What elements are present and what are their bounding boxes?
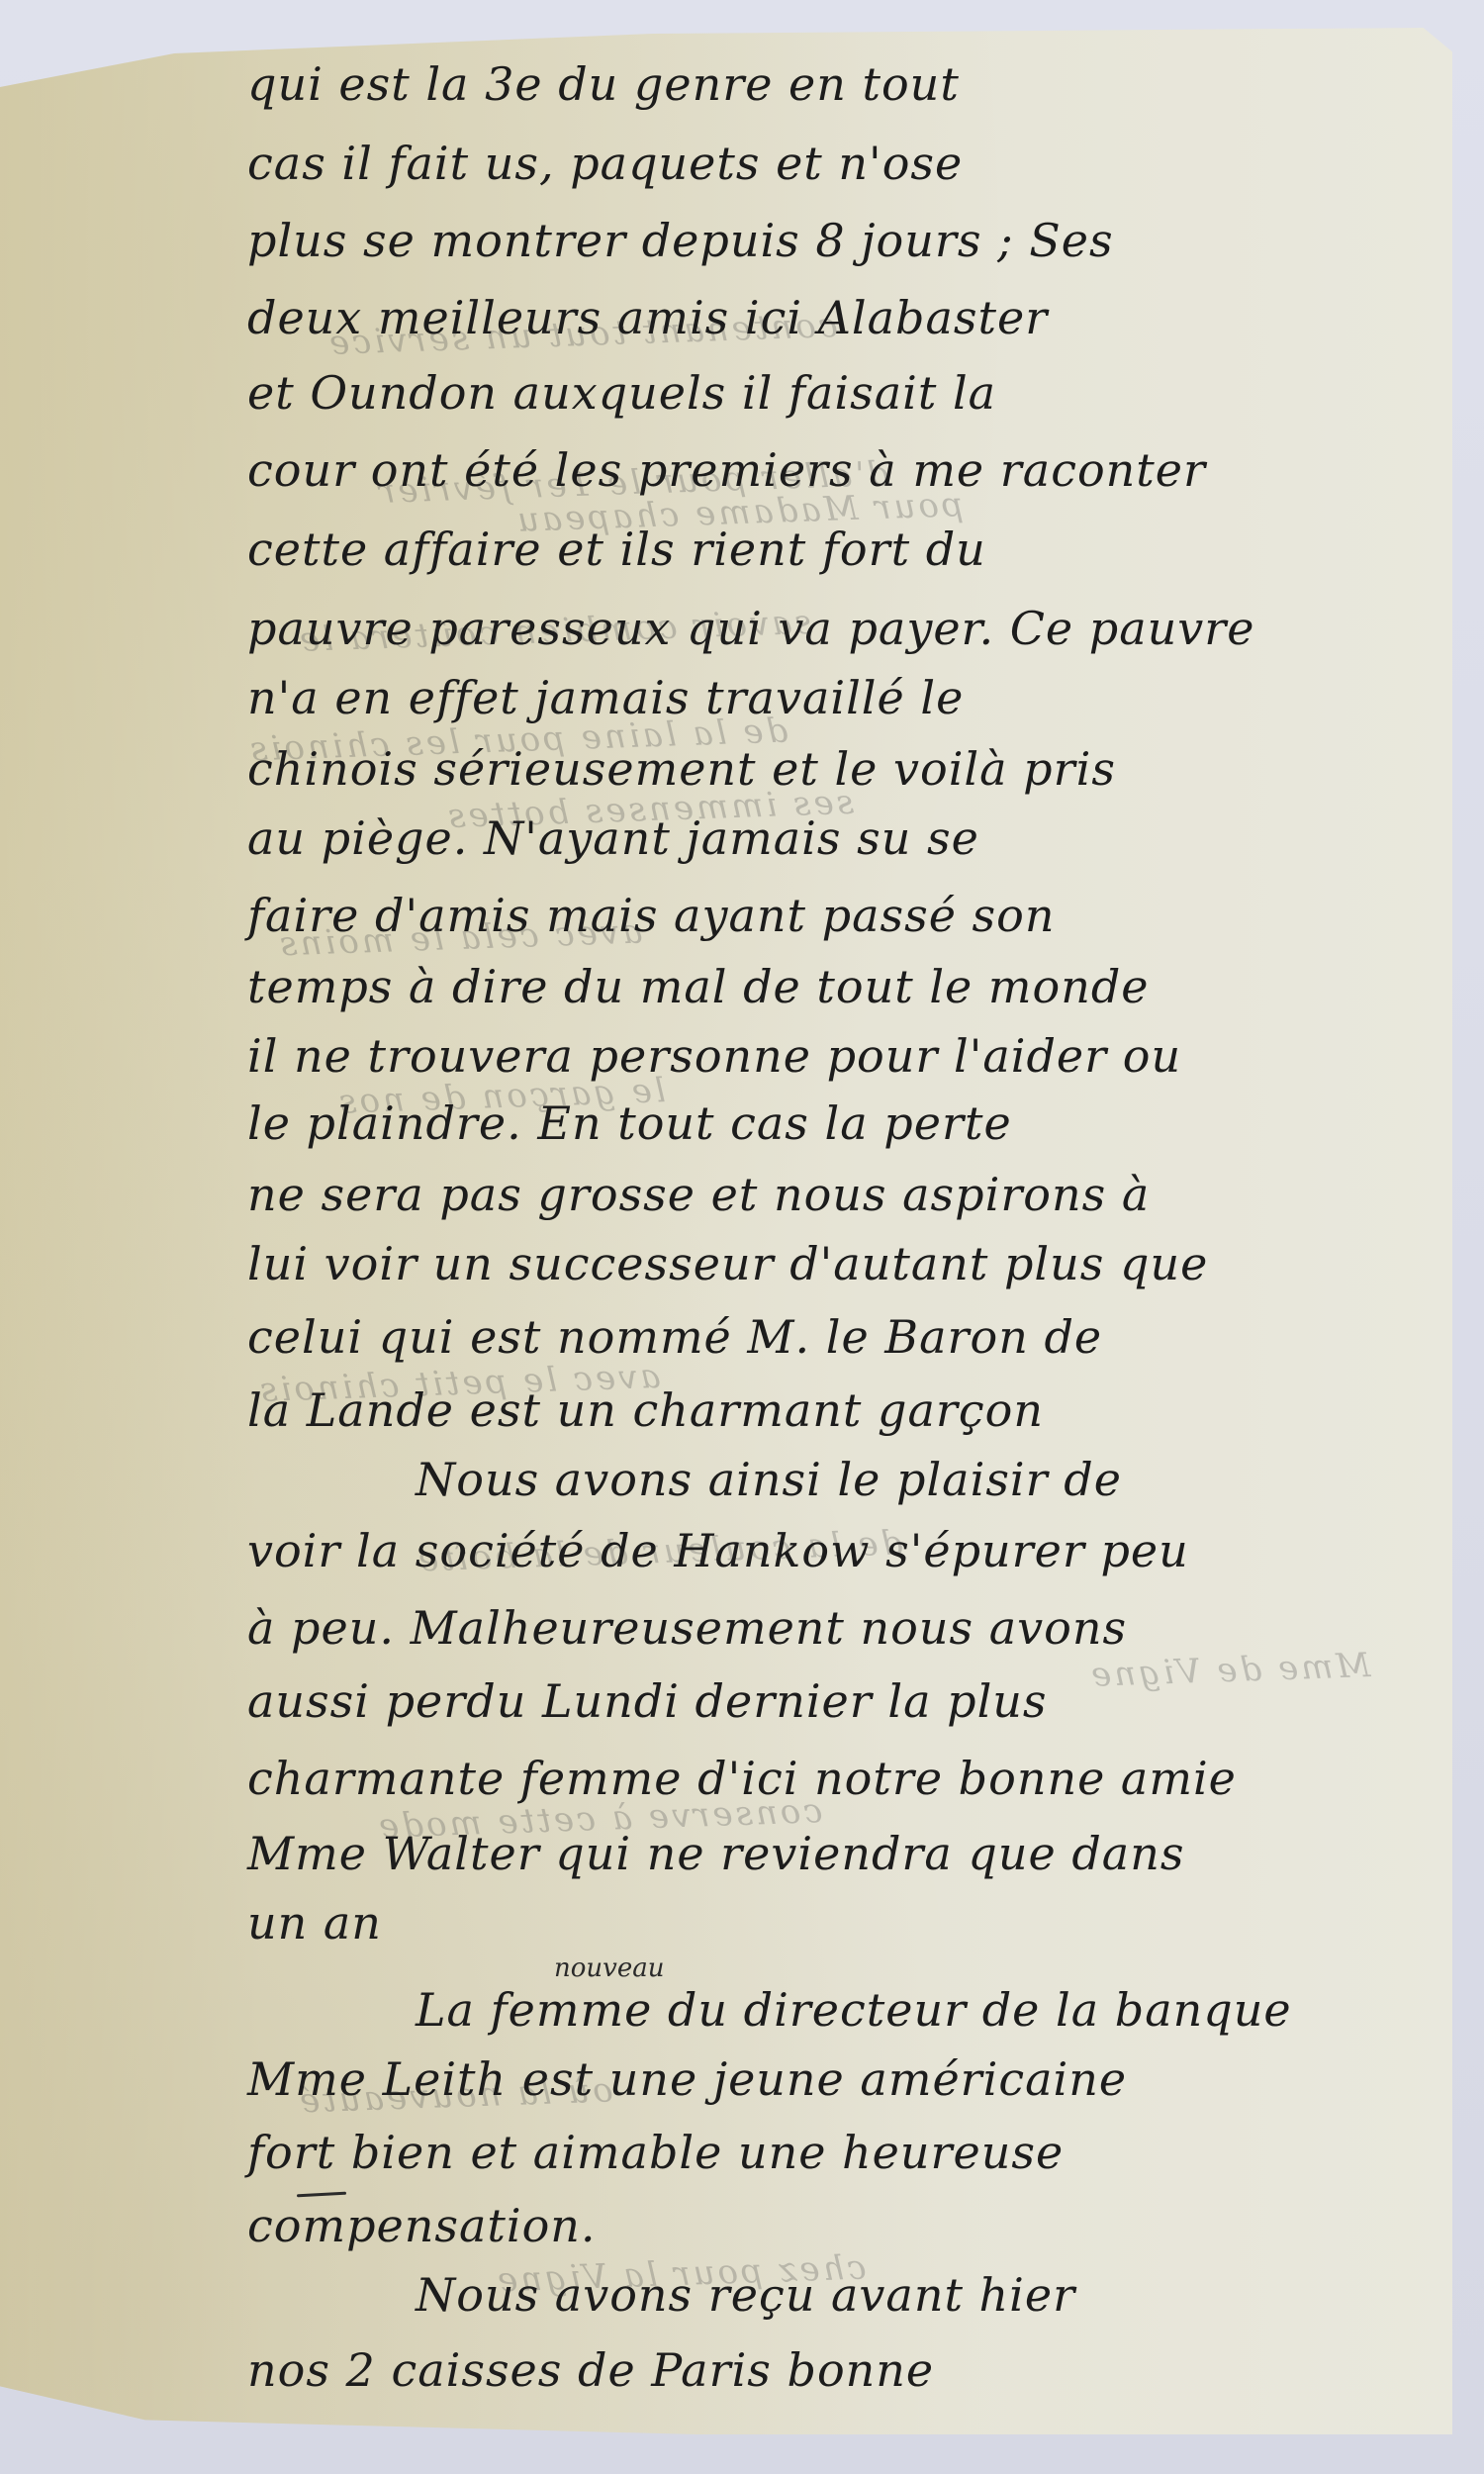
letter-line: il ne trouvera personne pour l'aider ou [247, 1029, 1435, 1083]
letter-line: faire d'amis mais ayant passé son [247, 889, 1435, 942]
letter-line: charmante femme d'ici notre bonne amie [247, 1752, 1435, 1805]
letter-line: compensation. [247, 2199, 1435, 2252]
letter-line: Nous avons reçu avant hier [247, 2268, 1435, 2322]
letter-line: La femme du directeur de la banque [247, 1983, 1435, 2037]
letter-line: Nous avons ainsi le plaisir de [247, 1453, 1435, 1506]
letter-line: la Lande est un charmant garçon [247, 1383, 1435, 1437]
letter-line: nos 2 caisses de Paris bonne [247, 2343, 1237, 2397]
letter-line: qui est la 3e du genre en tout [247, 57, 1435, 111]
letter-line: aussi perdu Lundi dernier la plus [247, 1674, 1435, 1728]
letter-line: plus se montrer depuis 8 jours ; Ses [247, 214, 1435, 267]
letter-line: et Oundon auxquels il faisait la [247, 366, 1435, 420]
interlinear-insertion: nouveau [554, 1953, 664, 1983]
letter-line: deux meilleurs amis ici Alabaster [247, 291, 1435, 344]
letter-line: pauvre paresseux qui va payer. Ce pauvre [247, 602, 1435, 655]
letter-line: fort bien et aimable une heureuse [247, 2126, 1435, 2179]
letter-line: ne sera pas grosse et nous aspirons à [247, 1168, 1435, 1221]
letter-line: celui qui est nommé M. le Baron de [247, 1310, 1435, 1364]
letter-line: au piège. N'ayant jamais su se [247, 811, 1435, 865]
letter-page: contenant tout un service d'aller pour l… [0, 28, 1452, 2434]
letter-line: chinois sérieusement et le voilà pris [247, 742, 1435, 796]
letter-line: Mme Leith est une jeune américaine [247, 2052, 1435, 2106]
letter-line: un an [247, 1896, 1435, 1950]
letter-line: voir la société de Hankow s'épurer peu [247, 1524, 1435, 1577]
letter-line: n'a en effet jamais travaillé le [247, 671, 1435, 724]
letter-line: le plaindre. En tout cas la perte [247, 1096, 1435, 1150]
letter-line: cour ont été les premiers à me raconter [247, 443, 1435, 497]
letter-line: Mme Walter qui ne reviendra que dans [247, 1827, 1435, 1880]
letter-line: cas il fait us, paquets et n'ose [247, 137, 1435, 190]
letter-line: temps à dire du mal de tout le monde [247, 960, 1435, 1013]
letter-line: cette affaire et ils rient fort du [247, 523, 1435, 576]
letter-line: à peu. Malheureusement nous avons [247, 1601, 1435, 1655]
overline-mark [297, 2192, 346, 2198]
letter-line: lui voir un successeur d'autant plus que [247, 1237, 1435, 1290]
